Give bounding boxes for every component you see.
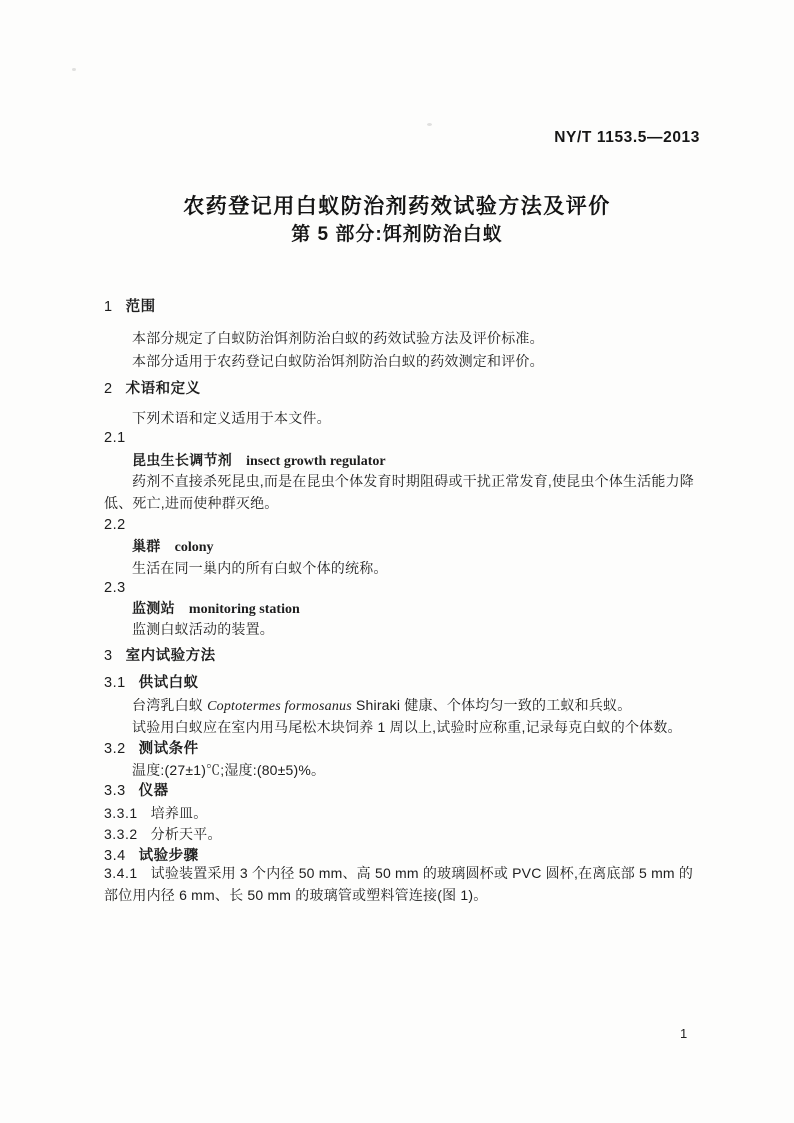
section-3-1-para-2: 试验用白蚁应在室内用马尾松木块饲养 1 周以上,试验时应称重,记录每克白蚁的个体… [104, 716, 704, 738]
clause-3-3-1-text: 培养皿。 [151, 805, 208, 821]
section-3-title: 室内试验方法 [126, 648, 216, 664]
clause-3-4-1-text: 试验装置采用 3 个内径 50 mm、高 50 mm 的玻璃圆杯或 PVC 圆杯… [104, 865, 693, 903]
scan-artifact-dot [72, 68, 76, 71]
standard-code: NY/T 1153.5—2013 [554, 129, 700, 147]
clause-3-4-1-number: 3.4.1 [104, 865, 138, 881]
section-1-para-2: 本部分适用于农药登记白蚁防治饵剂防治白蚁的药效测定和评价。 [104, 350, 704, 372]
title-line2: 第 5 部分:饵剂防治白蚁 [0, 220, 794, 250]
term-3-definition: 监测白蚁活动的装置。 [104, 618, 704, 640]
section-3-number: 3 [104, 648, 113, 664]
section-1-para-1: 本部分规定了白蚁防治饵剂防治白蚁的药效试验方法及评价标准。 [104, 327, 704, 349]
section-3-1-number: 3.1 [104, 675, 126, 691]
title-line1: 农药登记用白蚁防治剂药效试验方法及评价 [0, 194, 794, 220]
page-number: 1 [680, 1026, 687, 1041]
term-1-zh: 昆虫生长调节剂 [132, 452, 232, 468]
section-3-3-title: 仪器 [139, 783, 169, 799]
scan-artifact-dot [427, 123, 432, 126]
section-2-heading: 2术语和定义 [104, 378, 704, 400]
term-3-en: monitoring station [189, 602, 300, 617]
clause-3-3-2: 3.3.2分析天平。 [104, 823, 704, 845]
clause-3-3-1: 3.3.1培养皿。 [104, 802, 704, 824]
term-3-heading: 监测站monitoring station [104, 598, 732, 620]
document-page: NY/T 1153.5—2013 农药登记用白蚁防治剂药效试验方法及评价 第 5… [0, 0, 794, 1123]
section-3-2-para-1: 温度:(27±1)℃;湿度:(80±5)%。 [104, 759, 704, 781]
term-3-zh: 监测站 [132, 600, 175, 616]
clause-3-3-2-number: 3.3.2 [104, 826, 138, 842]
section-3-3-number: 3.3 [104, 783, 126, 799]
section-2-intro: 下列术语和定义适用于本文件。 [104, 407, 704, 429]
clause-3-3-1-number: 3.3.1 [104, 805, 138, 821]
term-1-definition: 药剂不直接杀死昆虫,而是在昆虫个体发育时期阻碍或干扰正常发育,使昆虫个体生活能力… [104, 470, 704, 514]
section-3-2-heading: 3.2测试条件 [104, 738, 704, 760]
section-2-title: 术语和定义 [126, 381, 201, 397]
term-2-heading: 巢群colony [104, 536, 732, 558]
section-3-heading: 3室内试验方法 [104, 645, 704, 667]
species-pre-text: 台湾乳白蚁 [132, 697, 207, 713]
term-2-en: colony [175, 540, 214, 555]
section-3-1-title: 供试白蚁 [139, 675, 199, 691]
section-2-number: 2 [104, 381, 113, 397]
species-post-text: Shiraki 健康、个体均匀一致的工蚁和兵蚁。 [352, 697, 632, 713]
document-title: 农药登记用白蚁防治剂药效试验方法及评价 第 5 部分:饵剂防治白蚁 [0, 194, 794, 250]
term-2-zh: 巢群 [132, 538, 161, 554]
term-1-heading: 昆虫生长调节剂insect growth regulator [104, 450, 732, 472]
section-3-2-number: 3.2 [104, 741, 126, 757]
clause-3-3-2-text: 分析天平。 [151, 826, 222, 842]
section-1-number: 1 [104, 299, 113, 315]
term-2-definition: 生活在同一巢内的所有白蚁个体的统称。 [104, 557, 704, 579]
term-1-number: 2.1 [104, 428, 704, 448]
term-2-number: 2.2 [104, 515, 704, 535]
section-3-1-heading: 3.1供试白蚁 [104, 672, 704, 694]
term-3-number: 2.3 [104, 578, 704, 598]
section-1-title: 范围 [126, 299, 156, 315]
term-1-en: insect growth regulator [246, 454, 385, 469]
species-latin-name: Coptotermes formosanus [207, 699, 352, 714]
section-3-1-para-1: 台湾乳白蚁 Coptotermes formosanus Shiraki 健康、… [104, 694, 704, 718]
section-3-3-heading: 3.3仪器 [104, 780, 704, 802]
clause-3-4-1: 3.4.1试验装置采用 3 个内径 50 mm、高 50 mm 的玻璃圆杯或 P… [104, 862, 704, 906]
section-1-heading: 1范围 [104, 296, 704, 318]
section-3-2-title: 测试条件 [139, 741, 199, 757]
